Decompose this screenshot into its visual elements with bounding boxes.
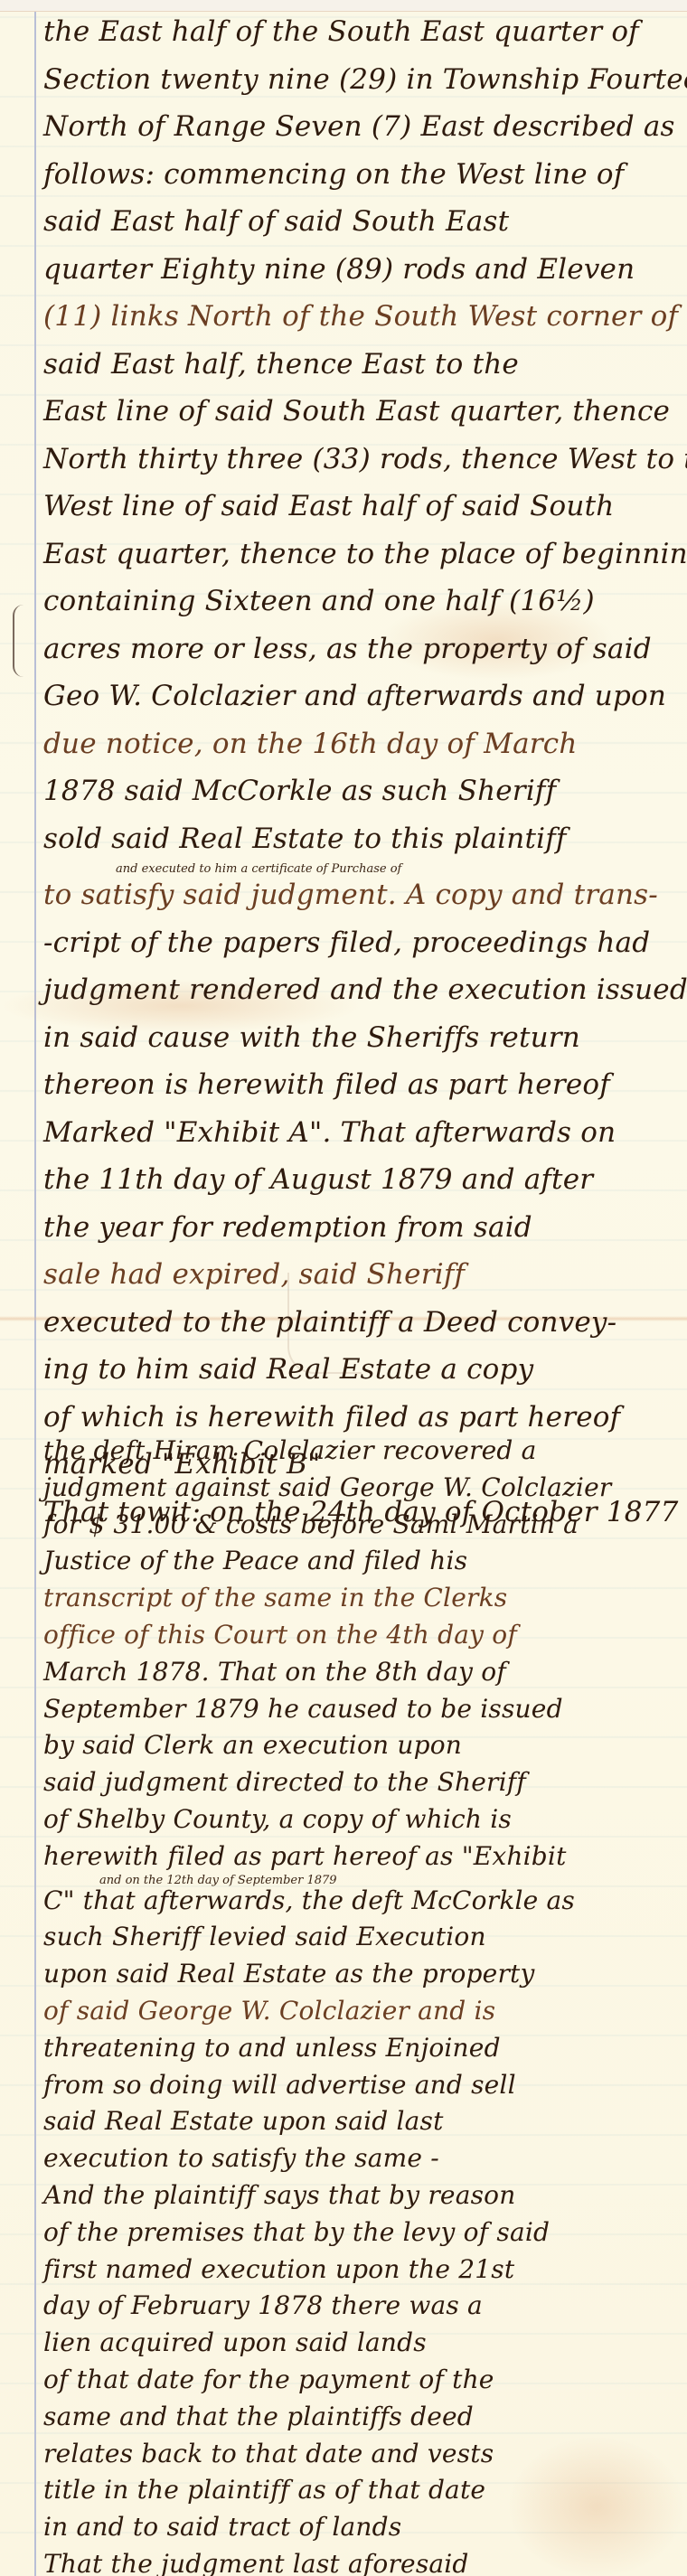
text-line: -cript of the papers filed, proceedings …	[43, 925, 674, 961]
text-line: said judgment directed to the Sheriff	[43, 1764, 674, 1800]
document-page: the East half of the South East quarter …	[0, 11, 687, 2576]
text-line: the 11th day of August 1879 and after	[43, 1161, 674, 1198]
text-line: the East half of the South East quarter …	[43, 14, 674, 50]
text-line: upon said Real Estate as the property	[43, 1956, 674, 1992]
text-line: of Shelby County, a copy of which is	[43, 1801, 674, 1838]
text-line: in said cause with the Sheriffs return	[43, 1020, 674, 1056]
text-line: sale had expired, said Sheriff	[43, 1256, 674, 1293]
text-line: lien acquired upon said lands	[43, 2325, 674, 2361]
text-line: North thirty three (33) rods, thence Wes…	[43, 441, 674, 477]
text-line: thereon is herewith filed as part hereof	[43, 1067, 674, 1103]
text-line: March 1878. That on the 8th day of	[43, 1654, 674, 1690]
text-line: relates back to that date and vests	[43, 2436, 674, 2472]
text-line: threatening to and unless Enjoined	[43, 2030, 674, 2066]
text-line: East line of said South East quarter, th…	[43, 393, 674, 429]
text-line: judgment against said George W. Colclazi…	[43, 1470, 674, 1506]
text-line: (11) links North of the South West corne…	[43, 298, 674, 334]
text-line: sold said Real Estate to this plaintiff	[43, 821, 674, 857]
text-line: of the premises that by the levy of said	[43, 2214, 674, 2251]
text-line: containing Sixteen and one half (16½)	[43, 583, 674, 619]
text-line: judgment rendered and the execution issu…	[43, 972, 674, 1008]
text-line: title in the plaintiff as of that date	[43, 2472, 674, 2508]
text-line: Justice of the Peace and filed his	[43, 1543, 674, 1579]
text-line: of that date for the payment of the	[43, 2362, 674, 2398]
text-line: first named execution upon the 21st	[43, 2252, 674, 2288]
text-line: Marked "Exhibit A". That afterwards on	[43, 1114, 674, 1151]
text-line: of which is herewith filed as part hereo…	[43, 1399, 674, 1435]
text-line: C" that afterwards, the deft McCorkle as	[43, 1883, 674, 1919]
text-line: East quarter, thence to the place of beg…	[43, 536, 674, 572]
text-line: ing to him said Real Estate a copy	[43, 1351, 674, 1387]
text-line: executed to the plaintiff a Deed convey-	[43, 1304, 674, 1340]
text-line: West line of said East half of said Sout…	[43, 488, 674, 524]
text-line: said Real Estate upon said last	[43, 2103, 674, 2139]
text-line: And the plaintiff says that by reason	[43, 2177, 674, 2214]
text-line: Section twenty nine (29) in Township Fou…	[43, 61, 674, 98]
text-line: of said George W. Colclazier and is	[43, 1993, 674, 2029]
text-line: same and that the plaintiffs deed	[43, 2399, 674, 2435]
text-line: from so doing will advertise and sell	[43, 2067, 674, 2103]
text-line: in and to said tract of lands	[43, 2509, 674, 2545]
text-line: herewith filed as part hereof as "Exhibi…	[43, 1838, 674, 1875]
text-line: Geo W. Colclazier and afterwards and upo…	[43, 678, 674, 714]
text-line: such Sheriff levied said Execution	[43, 1919, 674, 1955]
text-line: quarter Eighty nine (89) rods and Eleven	[43, 251, 674, 287]
text-line: North of Range Seven (7) East described …	[43, 108, 674, 145]
interlinear-insertion: and executed to him a certificate of Pur…	[116, 862, 401, 877]
interlinear-insertion: and on the 12th day of September 1879	[99, 1874, 337, 1888]
text-line: acres more or less, as the property of s…	[43, 631, 674, 667]
text-line: to satisfy said judgment. A copy and tra…	[43, 877, 674, 913]
text-line: due notice, on the 16th day of March	[43, 726, 674, 762]
margin-rule	[34, 12, 36, 2576]
margin-bracket	[13, 605, 25, 677]
text-line: 1878 said McCorkle as such Sheriff	[43, 773, 674, 809]
text-line: office of this Court on the 4th day of	[43, 1617, 674, 1653]
scan-background-edge	[0, 0, 687, 11]
text-line: day of February 1878 there was a	[43, 2288, 674, 2324]
text-line: execution to satisfy the same -	[43, 2140, 674, 2176]
text-line: That the judgment last aforesaid	[43, 2546, 674, 2576]
text-line: for $ 31.00 & costs before Saml Martin a	[43, 1507, 674, 1543]
text-line: said East half, thence East to the	[43, 346, 674, 382]
text-line: follows: commencing on the West line of	[43, 156, 674, 193]
text-line: by said Clerk an execution upon	[43, 1727, 674, 1763]
text-line: the deft Hiram Colclazier recovered a	[43, 1433, 674, 1469]
text-line: transcript of the same in the Clerks	[43, 1580, 674, 1616]
text-line: September 1879 he caused to be issued	[43, 1691, 674, 1727]
text-line: the year for redemption from said	[43, 1209, 674, 1246]
text-line: said East half of said South East	[43, 203, 674, 240]
